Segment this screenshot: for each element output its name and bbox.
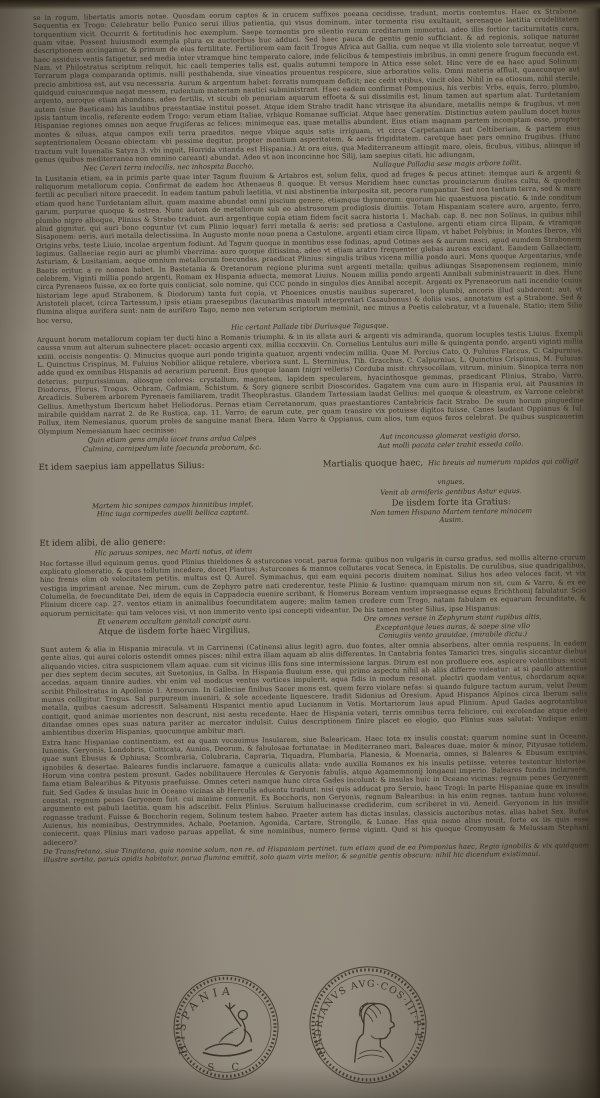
verse-pair-left: Martem hic sonipes campos hinnitibus imp… xyxy=(39,500,307,520)
paragraph-fertility: se in rogum, libertatis amoris notae. Qu… xyxy=(33,7,581,164)
martialis-label: Martialis quoque haec, xyxy=(323,459,423,470)
paragraph-lusitania: In Lusitania etiam, ea in primis parte q… xyxy=(35,168,583,325)
coin-legend-hadrianus: HADRIANVS AVG·COS·III·P·P xyxy=(312,978,424,1057)
verse-pair-left: Et venerem occultam genitali concipit au… xyxy=(40,616,308,636)
alibi-label: Et idem alibi, de alio genere: xyxy=(39,537,165,549)
coin-hispania: HISPANIA S C xyxy=(170,969,282,1083)
coin-engravings: HISPANIA S C HADRIANVS AV xyxy=(0,957,600,1093)
virgilius-label: Atque de iisdem forte haec Virgilius, xyxy=(40,624,308,636)
scanned-book-page: se in rogum, libertatis amoris notae. Qu… xyxy=(0,0,600,1098)
paragraph-metals: Arguunt horum metallorum copiam ter duct… xyxy=(37,329,584,436)
verse-pair-right: De iisdem forte ita Gratius: Non tamen H… xyxy=(317,496,585,526)
verse-pair-right: Ore omnes versae in Zephyrum stant rupib… xyxy=(319,612,587,641)
coin-legend-hispania: HISPANIA xyxy=(173,985,235,1056)
verse-pair-right: Aut inconcusso glomerat vestigia dorso, … xyxy=(317,430,585,450)
silius-label: Et idem saepius iam appellatus Silius: xyxy=(38,461,204,473)
reclining-figure xyxy=(203,1003,252,1056)
verse-line: Hinc iuga cornipedes auelli bellica capt… xyxy=(39,508,307,520)
coin-hadrianus: HADRIANVS AVG·COS·III·P·P xyxy=(306,961,430,1087)
coin-exergue-sc: S C xyxy=(207,1062,246,1074)
paragraph-horses: Hoc fortasse illud equinum genus, quod P… xyxy=(40,553,587,618)
text-block: se in rogum, libertatis amoris notae. Qu… xyxy=(33,7,591,966)
hadrian-bust xyxy=(354,1002,395,1062)
paragraph-insulae: Extra hanc Hispaniae continentiam, est e… xyxy=(42,732,589,847)
verse-line: Hic breuis ad numerum rapidos qui collig… xyxy=(428,458,579,487)
paragraph-miracula: Sunt autem & alia in Hispania miracula. … xyxy=(41,639,588,737)
label-row-silius-martialis: Et idem saepius iam appellatus Silius: M… xyxy=(38,449,585,502)
verse-pair-left: Quin etiam gens ampla iacet trans ardua … xyxy=(38,434,306,454)
